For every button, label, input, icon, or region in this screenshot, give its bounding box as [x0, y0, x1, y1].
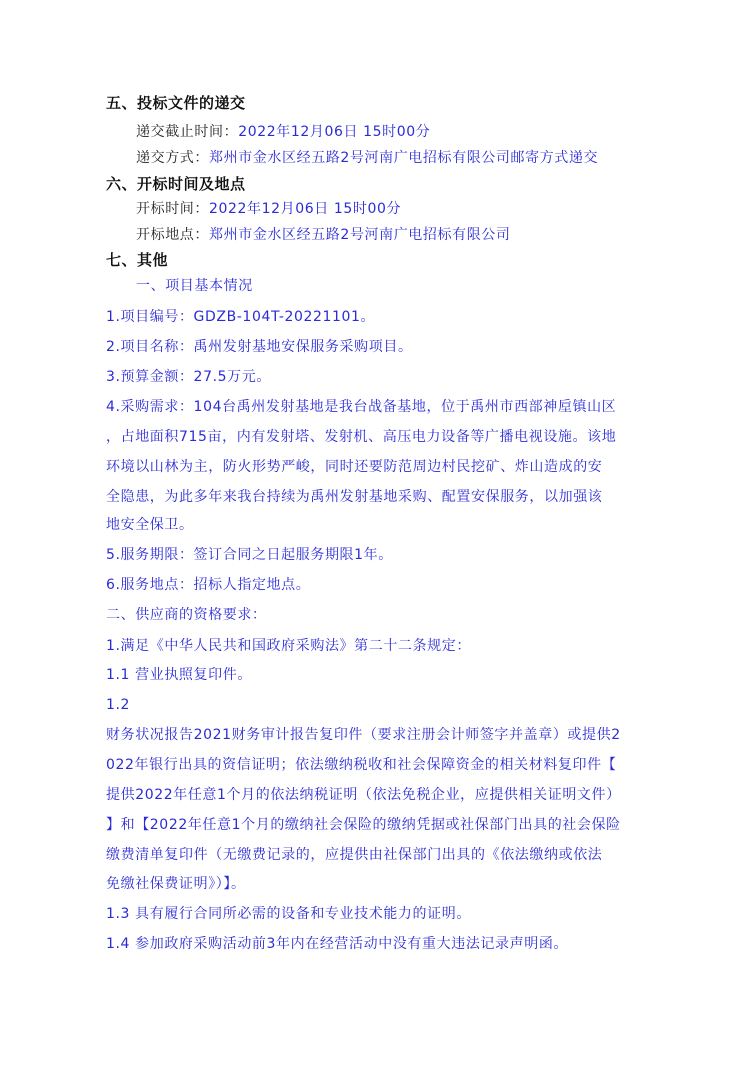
qualification-1-2-line: 免缴社保费证明》）】。: [106, 874, 246, 894]
qualification-1-4: 1.4 参加政府采购活动前3年内在经营活动中没有重大违法记录声明函。: [106, 934, 568, 954]
subsection-project-info: 一、项目基本情况: [136, 276, 253, 296]
qualification-1-2-line: 】和【2022年任意1个月的缴纳社会保险的缴纳凭据或社保部门出具的社会保险: [106, 815, 621, 835]
opening-time: 开标时间：2022年12月06日 15时00分: [136, 199, 401, 219]
section-heading-opening: 六、开标时间及地点: [106, 174, 246, 194]
qualification-1-2-line: 财务状况报告2021财务审计报告复印件（要求注册会计师签字并盖章）或提供2: [106, 725, 621, 745]
requirement-line: 全隐患，为此多年来我台持续为禹州发射基地采购、配置安保服务，以加强该: [106, 487, 602, 507]
qualification-1-2-label: 1.2: [106, 695, 130, 715]
service-period: 5.服务期限：签订合同之日起服务期限1年。: [106, 545, 393, 565]
submission-deadline: 递交截止时间：2022年12月06日 15时00分: [136, 122, 430, 142]
submission-deadline-label: 递交截止时间：: [136, 124, 238, 140]
section-heading-other: 七、其他: [106, 250, 168, 270]
opening-place-label: 开标地点：: [136, 227, 209, 243]
section-heading-submission: 五、投标文件的递交: [106, 93, 246, 113]
qualification-1-2-line: 022年银行出具的资信证明；依法缴纳税收和社会保障资金的相关材料复印件【: [106, 755, 616, 775]
opening-place: 开标地点：郑州市金水区经五路2号河南广电招标有限公司: [136, 225, 511, 245]
document-page: 五、投标文件的递交 递交截止时间：2022年12月06日 15时00分 递交方式…: [0, 0, 738, 1065]
requirement-line: ，占地面积715亩，内有发射塔、发射机、高压电力设备等广播电视设施。该地: [106, 427, 616, 447]
qualification-1-2-line: 提供2022年任意1个月的依法纳税证明（依法免税企业，应提供相关证明文件）: [106, 785, 621, 805]
qualification-1-2-line: 缴费清单复印件（无缴费记录的，应提供由社保部门出具的《依法缴纳或依法: [106, 845, 602, 865]
project-budget: 3.预算金额：27.5万元。: [106, 367, 271, 387]
opening-place-value: 郑州市金水区经五路2号河南广电招标有限公司: [209, 227, 511, 243]
service-location: 6.服务地点：招标人指定地点。: [106, 575, 310, 595]
project-number: 1.项目编号：GDZB-104T-20221101。: [106, 307, 375, 327]
opening-time-label: 开标时间：: [136, 201, 209, 217]
project-name: 2.项目名称：禹州发射基地安保服务采购项目。: [106, 337, 413, 357]
submission-method-value: 郑州市金水区经五路2号河南广电招标有限公司邮寄方式递交: [209, 150, 598, 166]
submission-deadline-value: 2022年12月06日 15时00分: [238, 124, 430, 140]
qualification-1-3: 1.3 具有履行合同所必需的设备和专业技术能力的证明。: [106, 904, 471, 924]
opening-time-value: 2022年12月06日 15时00分: [209, 201, 401, 217]
subsection-supplier-qualifications: 二、供应商的资格要求：: [106, 605, 267, 625]
qualification-1: 1.满足《中华人民共和国政府采购法》第二十二条规定：: [106, 636, 471, 656]
requirement-line: 环境以山林为主，防火形势严峻，同时还要防范周边村民挖矿、炸山造成的安: [106, 457, 602, 477]
requirement-line: 4.采购需求：104台禹州发射基地是我台战备基地，位于禹州市西部神垕镇山区: [106, 397, 616, 417]
requirement-line: 地安全保卫。: [106, 515, 194, 535]
qualification-1-1: 1.1 营业执照复印件。: [106, 665, 252, 685]
submission-method: 递交方式：郑州市金水区经五路2号河南广电招标有限公司邮寄方式递交: [136, 148, 598, 168]
submission-method-label: 递交方式：: [136, 150, 209, 166]
